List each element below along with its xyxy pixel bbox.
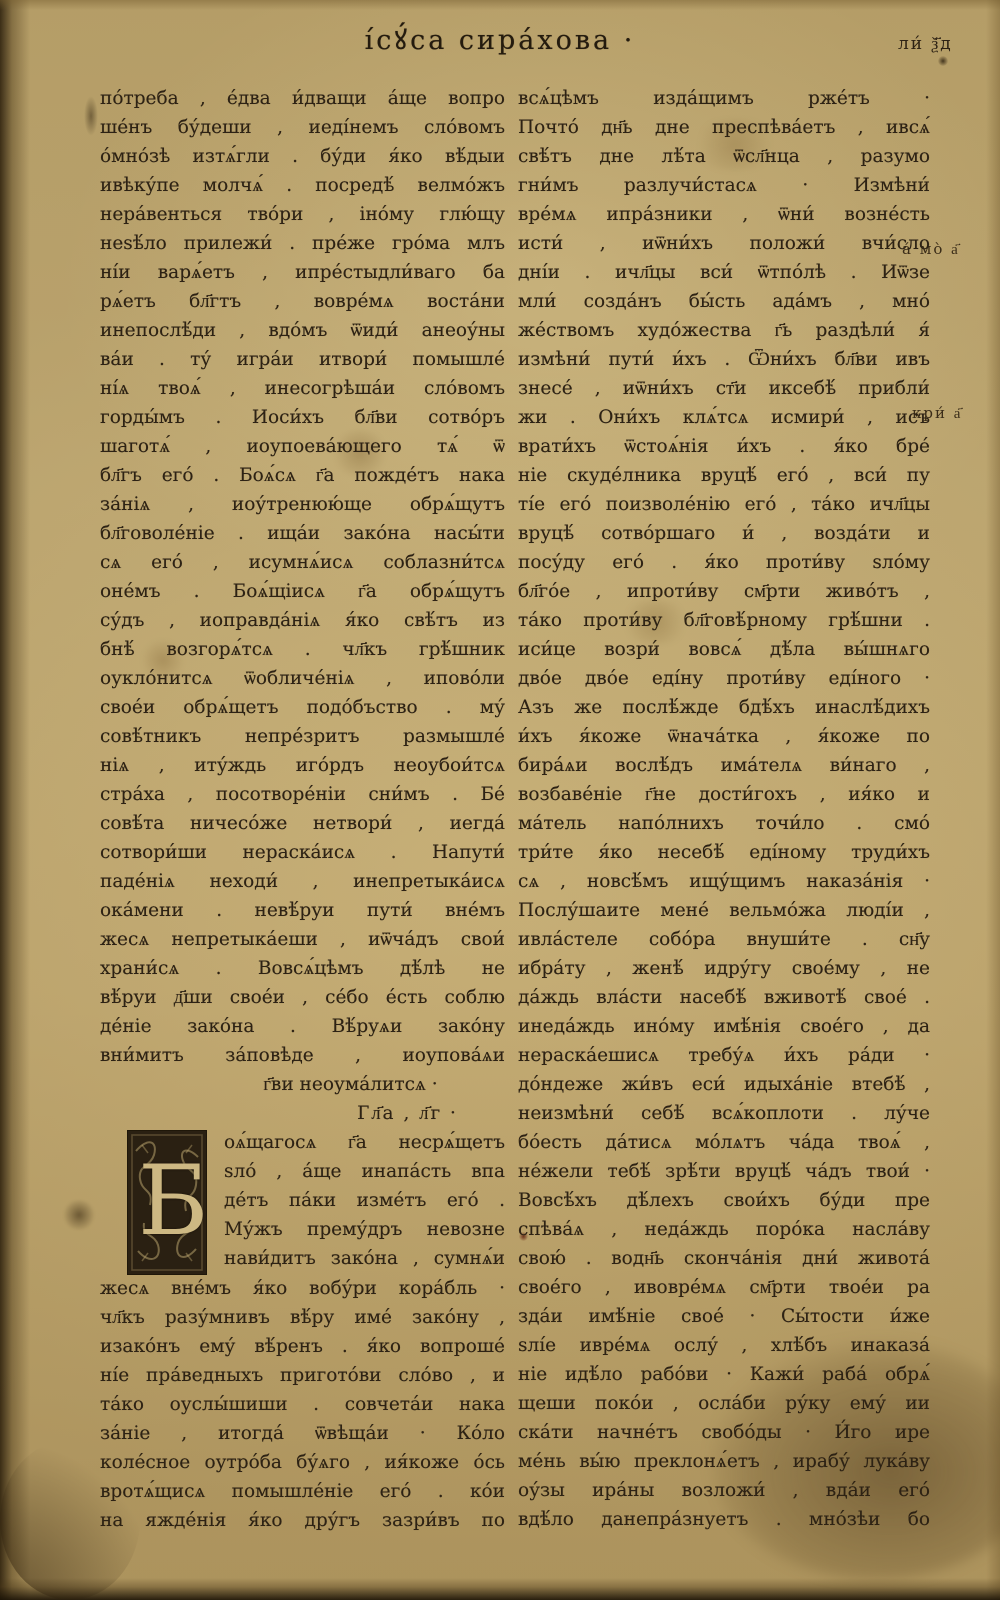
- text-line: всѧ́цѣмъ изда́щимъ рже́тъ ·: [518, 84, 930, 113]
- text-line: иси́це возри́ вовсѧ́ дѣ́ла вы́шнѧго: [518, 635, 930, 664]
- gutter-shadow: [0, 0, 30, 1600]
- text-line: ска́ти начне́тъ свобо́ды · И́го ире: [518, 1418, 930, 1447]
- text-line: врати́хъ ѿстоѧ́нія и́хъ . я́ко бре́: [518, 432, 930, 461]
- text-line: бл҃говоле́ніе . ища́и зако́на насы́ти: [100, 519, 505, 548]
- dropcap-paragraph: Б оѧ́щагосѧ г҃а несрѧ́щетъѕло́ , а́ще ин…: [100, 1128, 505, 1274]
- text-line: бл҃го́е , ипроти́ву см҃рти живо́тъ ,: [518, 577, 930, 606]
- text-line: за́ніѧ , иоу́тренюю́ще обрѧ́щутъ: [100, 490, 505, 519]
- text-line: нави́дитъ зако́на , сумнѧ́и: [224, 1244, 505, 1273]
- text-line: вѣ́руи д҃ши свое́и , се́бо е́сть соблю: [100, 983, 505, 1012]
- text-line: Послу́шаите мене́ вельмо́жа люді́и ,: [518, 896, 930, 925]
- text-line: та́ко проти́ву бл҃говѣ́рному грѣ́шни .: [518, 606, 930, 635]
- text-line: дво́е дво́е еді́ну проти́ву еді́ного ·: [518, 664, 930, 693]
- dropcap-letter: Б: [138, 1145, 196, 1260]
- running-title: і́сꙋ́са сира́хова ·: [0, 20, 1000, 57]
- text-line: ва́и . ту́ игра́и итвори́ помышле́: [100, 345, 505, 374]
- text-line: чл҃къ разу́мнивъ вѣ́ру име́ зако́ну ,: [100, 1303, 505, 1332]
- text-line: инеда́ждь ино́му имѣ́нія свое́го , да: [518, 1012, 930, 1041]
- right-column-lines: всѧ́цѣмъ изда́щимъ рже́тъ ·Почто́ дн҃ь д…: [518, 84, 930, 1534]
- stain-spot: [62, 1200, 96, 1230]
- text-line: нера́венться тво́ри , іно́му глю́щу: [100, 200, 505, 229]
- text-line: бо́есть да́тисѧ мо́лѧтъ ча́да твоѧ́ ,: [518, 1128, 930, 1157]
- dropcap-adjacent-lines: оѧ́щагосѧ г҃а несрѧ́щетъѕло́ , а́ще инап…: [224, 1128, 505, 1273]
- ornate-initial-block: Б: [128, 1131, 206, 1274]
- text-line: совѣ́тникъ непре́зритъ размышле́: [100, 722, 505, 751]
- text-line: храни́сѧ . Вовсѧ́цѣмъ дѣ́лѣ не: [100, 954, 505, 983]
- folio-number: ли́ ѯ҃д: [898, 34, 988, 54]
- text-line: ме́нь вы́ю преклонѧ́етъ , ирабу́ лука́ву: [518, 1447, 930, 1476]
- text-line: ті́е его́ поизволе́нію его́ , та́ко ичл҃…: [518, 490, 930, 519]
- text-line: ма́тель напо́лнихъ точи́ло . смо́: [518, 809, 930, 838]
- text-line: исти́ , иѿни́хъ положи́ вчи́сло: [518, 229, 930, 258]
- text-line: зда́и имѣ́ніе свое́ · Сы́тости и́же: [518, 1302, 930, 1331]
- text-line: бира́ѧи вослѣ́дъ има́телѧ ви́наго ,: [518, 751, 930, 780]
- text-line: же́ствомъ худо́жества г҃ь раздѣли́ я́: [518, 316, 930, 345]
- text-line: на яжде́нія я́ко дру́гъ зазри́въ по: [100, 1506, 505, 1535]
- page-edge-bottom: [0, 1578, 1000, 1600]
- text-line: Му́жъ прему́дръ невозне: [224, 1215, 505, 1244]
- book-page-scan: і́сꙋ́са сира́хова · ли́ ѯ҃д а́ мо̀ а҃ кр…: [0, 0, 1000, 1600]
- text-line: неизмѣни́ себѣ́ всѧ́коплоти . лу́че: [518, 1099, 930, 1128]
- text-line: ѕло́ , а́ще инапа́сть впа: [224, 1157, 505, 1186]
- text-line: дні́и . ичл҃цы вси́ ѿтпо́лѣ . Иѿзе: [518, 258, 930, 287]
- text-line: коле́сное оутро́ба бу́ѧго , ия́коже о́сь: [100, 1448, 505, 1477]
- text-line: свое́го , ивовре́мѧ см҃рти твое́и ра: [518, 1273, 930, 1302]
- text-line: мли́ созда́нъ бы́сть ада́мъ , мно́: [518, 287, 930, 316]
- text-line: вруцѣ́ сотво́ршаго и́ , возда́ти и: [518, 519, 930, 548]
- chapter-heading: Гл҃а , л҃г ·: [100, 1099, 505, 1128]
- right-column: всѧ́цѣмъ изда́щимъ рже́тъ ·Почто́ дн҃ь д…: [518, 84, 930, 1534]
- text-line: ока́мени . невѣ́руи пути́ вне́мъ: [100, 896, 505, 925]
- text-line: спѣва́ѧ , неда́ждь поро́ка насла́ву: [518, 1215, 930, 1244]
- text-line: да́ждь вла́сти насебѣ́ вживотѣ́ свое́ .: [518, 983, 930, 1012]
- text-line: де́ніе зако́на . Вѣ́руѧи зако́ну: [100, 1012, 505, 1041]
- text-line: сотвори́ши нераска́исѧ . Напути́: [100, 838, 505, 867]
- text-line: неѕѣ́ло прилежи́ . пре́же гро́ма млъ: [100, 229, 505, 258]
- left-column-lines: по́треба , е́два и́дващи а́ще вопроше́нъ…: [100, 84, 505, 1070]
- text-line: свѣ́тъ дне лѣ́та ѿсл҃нца , разумо: [518, 142, 930, 171]
- text-line: горды́мъ . Иоси́хъ бл҃ви сотво́ръ: [100, 403, 505, 432]
- text-line: и́хъ я́коже ѿнача́тка , я́коже по: [518, 722, 930, 751]
- left-column: по́треба , е́два и́дващи а́ще вопроше́нъ…: [100, 84, 505, 1535]
- text-line: су́дъ , иоправда́ніѧ я́ко свѣ́тъ из: [100, 606, 505, 635]
- text-line: свое́и обрѧ́щетъ подо́бъство . му́: [100, 693, 505, 722]
- text-line: по́треба , е́два и́дващи а́ще вопро: [100, 84, 505, 113]
- text-line: вни́митъ за́повѣде , иоупова́ѧи: [100, 1041, 505, 1070]
- text-line: ше́нъ бу́деши , иеді́немъ сло́вомъ: [100, 113, 505, 142]
- text-line: жесѧ непретыка́еши , иѿча́дъ свои́: [100, 925, 505, 954]
- text-line: жи . Они́хъ клѧ́тсѧ исмири́ , исъ: [518, 403, 930, 432]
- text-line: вдѣ́ло данепра́знуетъ . мно́зѣи бо: [518, 1505, 930, 1534]
- page-edge-top: [0, 0, 1000, 10]
- text-line: посу́ду его́ . я́ко проти́ву ѕло́му: [518, 548, 930, 577]
- left-column-after-lines: жесѧ вне́мъ я́ко вобу́ри кора́бль ·чл҃къ…: [100, 1274, 505, 1535]
- text-line: гни́мъ разлучи́стасѧ · Измѣни́: [518, 171, 930, 200]
- text-line: та́ко оуслы́шиши . совчета́и нака: [100, 1390, 505, 1419]
- text-line: бл҃гъ его́ . Боѧ́сѧ г҃а пожде́тъ нака: [100, 461, 505, 490]
- text-line: инепослѣ́ди , вдо́мъ ѿиди́ анеоу́ны: [100, 316, 505, 345]
- text-line: Азъ же послѣ́жде бдѣ́хъ инаслѣ́дихъ: [518, 693, 930, 722]
- text-line: ѕлі́е ивре́мѧ ослу́ , хлѣ́бъ инаказа́: [518, 1331, 930, 1360]
- text-line: ивла́стеле собо́ра внуши́те . сн҃у: [518, 925, 930, 954]
- text-line: жесѧ вне́мъ я́ко вобу́ри кора́бль ·: [100, 1274, 505, 1303]
- text-line: щеши поко́и , осла́би ру́ку ему́ ии: [518, 1389, 930, 1418]
- text-line: оѧ́щагосѧ г҃а несрѧ́щетъ: [224, 1128, 505, 1157]
- text-line: ніѧ , иту́ждь иго́рдъ неоубои́тсѧ: [100, 751, 505, 780]
- text-line: ні́ѧ твоѧ́ , инесогрѣша́и сло́вомъ: [100, 374, 505, 403]
- text-line: шаготѧ́ , иоупоева́ющего тѧ́ ѿ: [100, 432, 505, 461]
- text-line: ибра́ту , женѣ́ идру́гу свое́му , не: [518, 954, 930, 983]
- text-line: сѧ , новсѣ́мъ ищу́щимъ наказа́нія ·: [518, 867, 930, 896]
- text-line: нераска́ешисѧ требу́ѧ и́хъ ра́ди ·: [518, 1041, 930, 1070]
- text-line: за́ніе , итогда́ ѿвѣща́и · Ко́ло: [100, 1419, 505, 1448]
- text-line: Почто́ дн҃ь дне преспѣва́етъ , ивсѧ́: [518, 113, 930, 142]
- text-line: ні́е пра́ведныхъ пригото́ви сло́во , и: [100, 1361, 505, 1390]
- text-line: г҃ви неоума́литсѧ ·: [100, 1070, 505, 1099]
- text-line: Вовсѣ́хъ дѣ́лехъ свои́хъ бу́ди пре: [518, 1186, 930, 1215]
- text-line: ні́и варѧ́етъ , ипре́стыдли́ваго ба: [100, 258, 505, 287]
- text-line: сѧ его́ , исумнѧ́исѧ соблазни́тсѧ: [100, 548, 505, 577]
- text-line: возбаве́ніе г҃не дости́гохъ , ия́ко и: [518, 780, 930, 809]
- text-line: о́мно́зѣ изтѧ́гли . бу́ди я́ко вѣ́дыи: [100, 142, 505, 171]
- ink-dot: [938, 56, 948, 66]
- text-line: оне́мъ . Боѧ́щіисѧ г҃а обрѧ́щутъ: [100, 577, 505, 606]
- text-line: паде́ніѧ неходи́ , инепретыка́исѧ: [100, 867, 505, 896]
- text-line: ніе скуде́лника вруцѣ́ его́ , вси́ пу: [518, 461, 930, 490]
- text-line: бнѣ́ возгорѧ́тсѧ . чл҃къ грѣ́шник: [100, 635, 505, 664]
- text-line: стра́ха , посотворе́ніи сни́мъ . Бе́: [100, 780, 505, 809]
- text-line: три́те я́ко несебѣ́ еді́ному труди́хъ: [518, 838, 930, 867]
- text-line: рѧ́етъ бл҃гтъ , вовре́мѧ воста́ни: [100, 287, 505, 316]
- text-line: оу́зы ира́ны возложи́ , вда́и его́: [518, 1476, 930, 1505]
- text-line: до́ндеже жи́въ еси́ идыха́ніе втебѣ́ ,: [518, 1070, 930, 1099]
- text-line: совѣ́та ничесо́же нетвори́ , иегда́: [100, 809, 505, 838]
- text-line: изако́нъ ему́ вѣ́ренъ . я́ко вопроше́: [100, 1332, 505, 1361]
- text-line: свою́ . водн҃ь сконча́нія дни́ живота́: [518, 1244, 930, 1273]
- text-line: вре́мѧ ипра́зники , ѿни́ возне́сть: [518, 200, 930, 229]
- text-line: знесе́ , иѿни́хъ ст҃и иксебѣ́ прибли́: [518, 374, 930, 403]
- text-line: оукло́нитсѧ ѿобличе́ніѧ , ипово́ли: [100, 664, 505, 693]
- page-edge-right: [986, 0, 1000, 1600]
- text-line: не́жели тебѣ́ зрѣ́ти вруцѣ́ ча́дъ твои́ …: [518, 1157, 930, 1186]
- text-line: вротѧ́щисѧ помышле́ніе его́ . ко́и: [100, 1477, 505, 1506]
- text-line: де́тъ па́ки изме́тъ его́ .: [224, 1186, 505, 1215]
- text-line: ніе идѣ́ло рабо́ви · Кажи́ раба́ обрѧ́: [518, 1360, 930, 1389]
- stain-speck: [84, 96, 98, 136]
- text-line: ивѣку́пе молчѧ́ . посредѣ́ велмо́жъ: [100, 171, 505, 200]
- text-line: измѣни́ пути́ и́хъ . Ѿни́хъ бл҃ви ивъ: [518, 345, 930, 374]
